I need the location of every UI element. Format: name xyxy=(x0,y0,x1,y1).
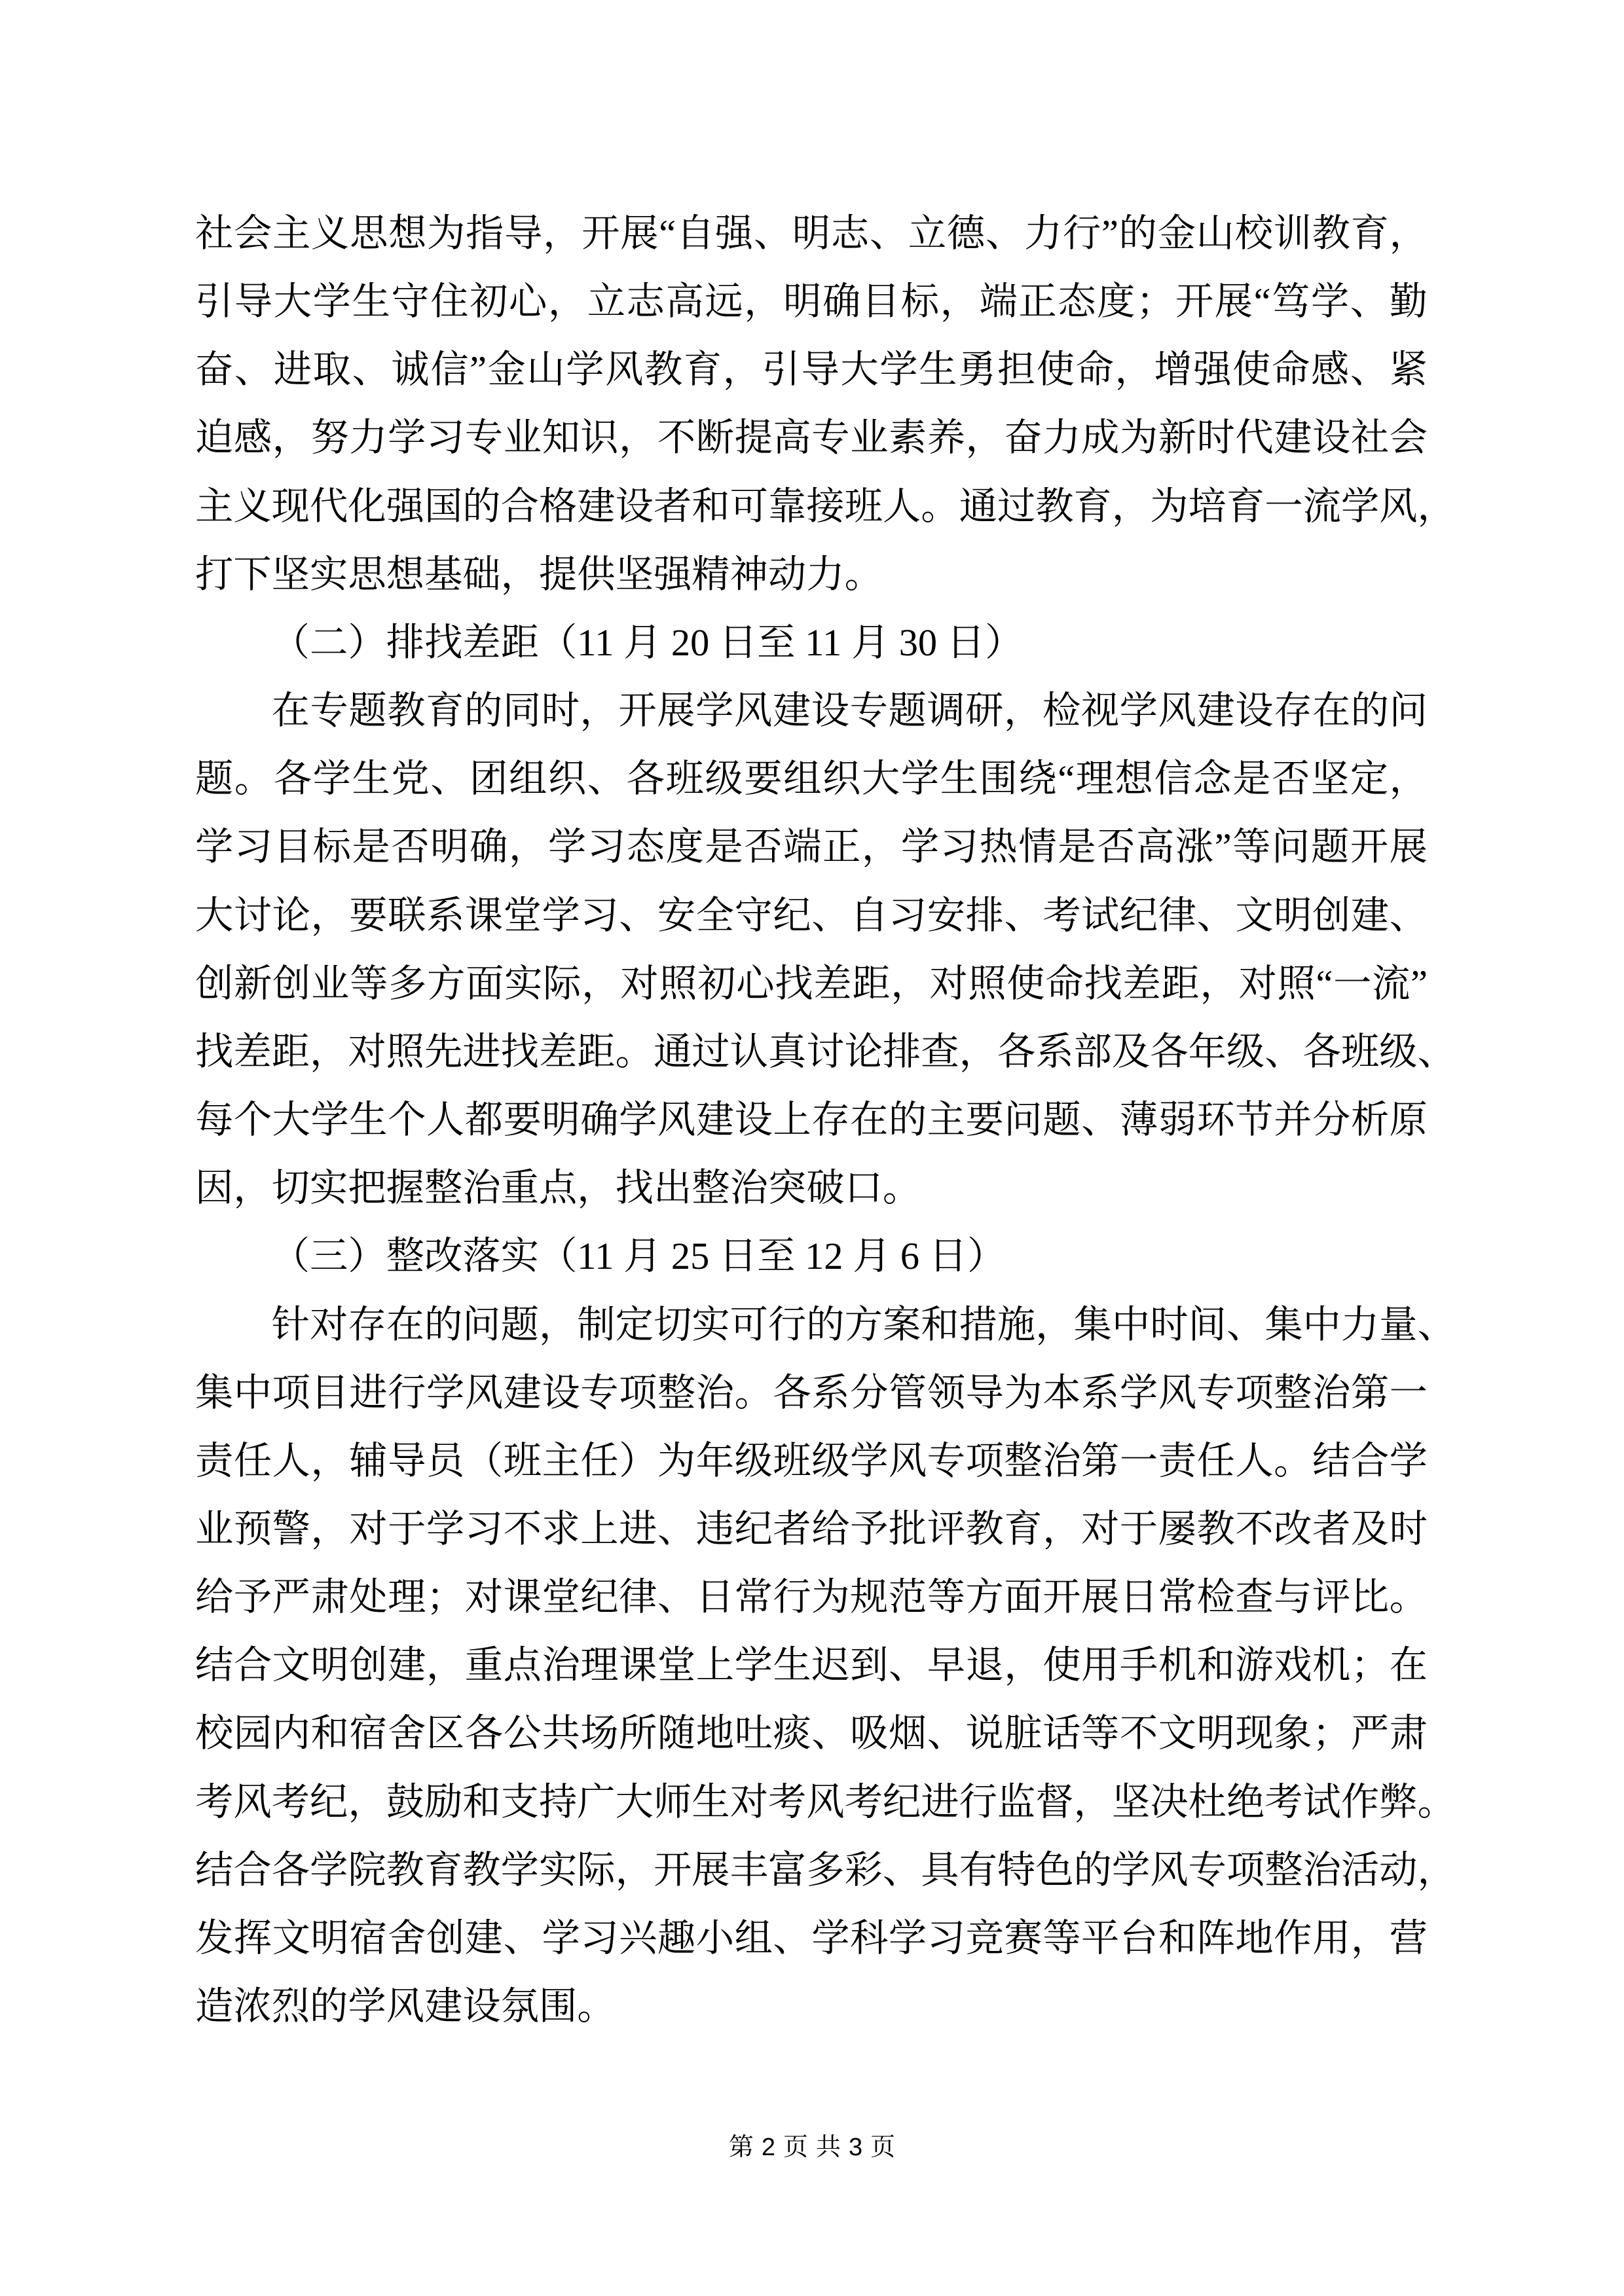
text-line: 考风考纪，鼓励和支持广大师生对考风考纪进行监督，坚决杜绝考试作弊。 xyxy=(195,1768,1428,1836)
text-line: 引导大学生守住初心，立志高远，明确目标，端正态度；开展“笃学、勤 xyxy=(195,268,1428,336)
text-line: 题。各学生党、团组织、各班级要组织大学生围绕“理想信念是否坚定， xyxy=(195,745,1428,813)
page-word: 页 xyxy=(870,2134,895,2161)
text-line: 给予严肃处理；对课堂纪律、日常行为规范等方面开展日常检查与评比。 xyxy=(195,1563,1428,1631)
section-heading-find-gaps: （二）排找差距（11 月 20 日至 11 月 30 日） xyxy=(195,609,1428,677)
paragraph-find-gaps: 在专题教育的同时，开展学风建设专题调研，检视学风建设存在的问 题。各学生党、团组… xyxy=(195,677,1428,1222)
text-line: 打下坚实思想基础，提供坚强精神动力。 xyxy=(195,541,1428,609)
text-line: 校园内和宿舍区各公共场所随地吐痰、吸烟、说脏话等不文明现象；严肃 xyxy=(195,1700,1428,1768)
current-page-number: 2 xyxy=(762,2134,775,2161)
text-line: 主义现代化强国的合格建设者和可靠接班人。通过教育，为培育一流学风， xyxy=(195,473,1428,541)
text-line: 奋、进取、诚信”金山学风教育，引导大学生勇担使命，增强使命感、紧 xyxy=(195,336,1428,404)
text-line: 结合各学院教育教学实际，开展丰富多彩、具有特色的学风专项整治活动， xyxy=(195,1836,1428,1904)
text-line: 社会主义思想为指导，开展“自强、明志、立德、力行”的金山校训教育， xyxy=(195,200,1428,268)
text-line: 责任人，辅导员（班主任）为年级班级学风专项整治第一责任人。结合学 xyxy=(195,1427,1428,1495)
text-line: 在专题教育的同时，开展学风建设专题调研，检视学风建设存在的问 xyxy=(195,677,1428,745)
text-line: 每个大学生个人都要明确学风建设上存在的主要问题、薄弱环节并分析原 xyxy=(195,1086,1428,1154)
page-number-prefix: 第 xyxy=(729,2134,754,2161)
text-line: 集中项目进行学风建设专项整治。各系分管领导为本系学风专项整治第一 xyxy=(195,1359,1428,1427)
total-pages-prefix: 共 xyxy=(816,2134,841,2161)
document-body: 社会主义思想为指导，开展“自强、明志、立德、力行”的金山校训教育， 引导大学生守… xyxy=(195,200,1428,2041)
text-line: 创新创业等多方面实际，对照初心找差距，对照使命找差距，对照“一流” xyxy=(195,950,1428,1018)
text-line: 因，切实把握整治重点，找出整治突破口。 xyxy=(195,1154,1428,1222)
paragraph-rectification: 针对存在的问题，制定切实可行的方案和措施，集中时间、集中力量、 集中项目进行学风… xyxy=(195,1291,1428,2041)
text-line: 结合文明创建，重点治理课堂上学生迟到、早退，使用手机和游戏机；在 xyxy=(195,1631,1428,1700)
text-line: 发挥文明宿舍创建、学习兴趣小组、学科学习竞赛等平台和阵地作用，营 xyxy=(195,1904,1428,1973)
text-line: 找差距，对照先进找差距。通过认真讨论排查，各系部及各年级、各班级、 xyxy=(195,1018,1428,1086)
total-pages-number: 3 xyxy=(849,2134,862,2161)
text-line: 大讨论，要联系课堂学习、安全守纪、自习安排、考试纪律、文明创建、 xyxy=(195,882,1428,950)
text-line: 学习目标是否明确，学习态度是否端正，学习热情是否高涨”等问题开展 xyxy=(195,813,1428,881)
page-footer: 第2页共3页 xyxy=(0,2131,1624,2164)
page-word: 页 xyxy=(783,2134,808,2161)
text-line: 业预警，对于学习不求上进、违纪者给予批评教育，对于屡教不改者及时 xyxy=(195,1495,1428,1563)
text-line: 造浓烈的学风建设氛围。 xyxy=(195,1973,1428,2041)
section-heading-rectification: （三）整改落实（11 月 25 日至 12 月 6 日） xyxy=(195,1222,1428,1290)
text-line: 针对存在的问题，制定切实可行的方案和措施，集中时间、集中力量、 xyxy=(195,1291,1428,1359)
paragraph-school-motto-education: 社会主义思想为指导，开展“自强、明志、立德、力行”的金山校训教育， 引导大学生守… xyxy=(195,200,1428,609)
text-line: 迫感，努力学习专业知识，不断提高专业素养，奋力成为新时代建设社会 xyxy=(195,404,1428,472)
